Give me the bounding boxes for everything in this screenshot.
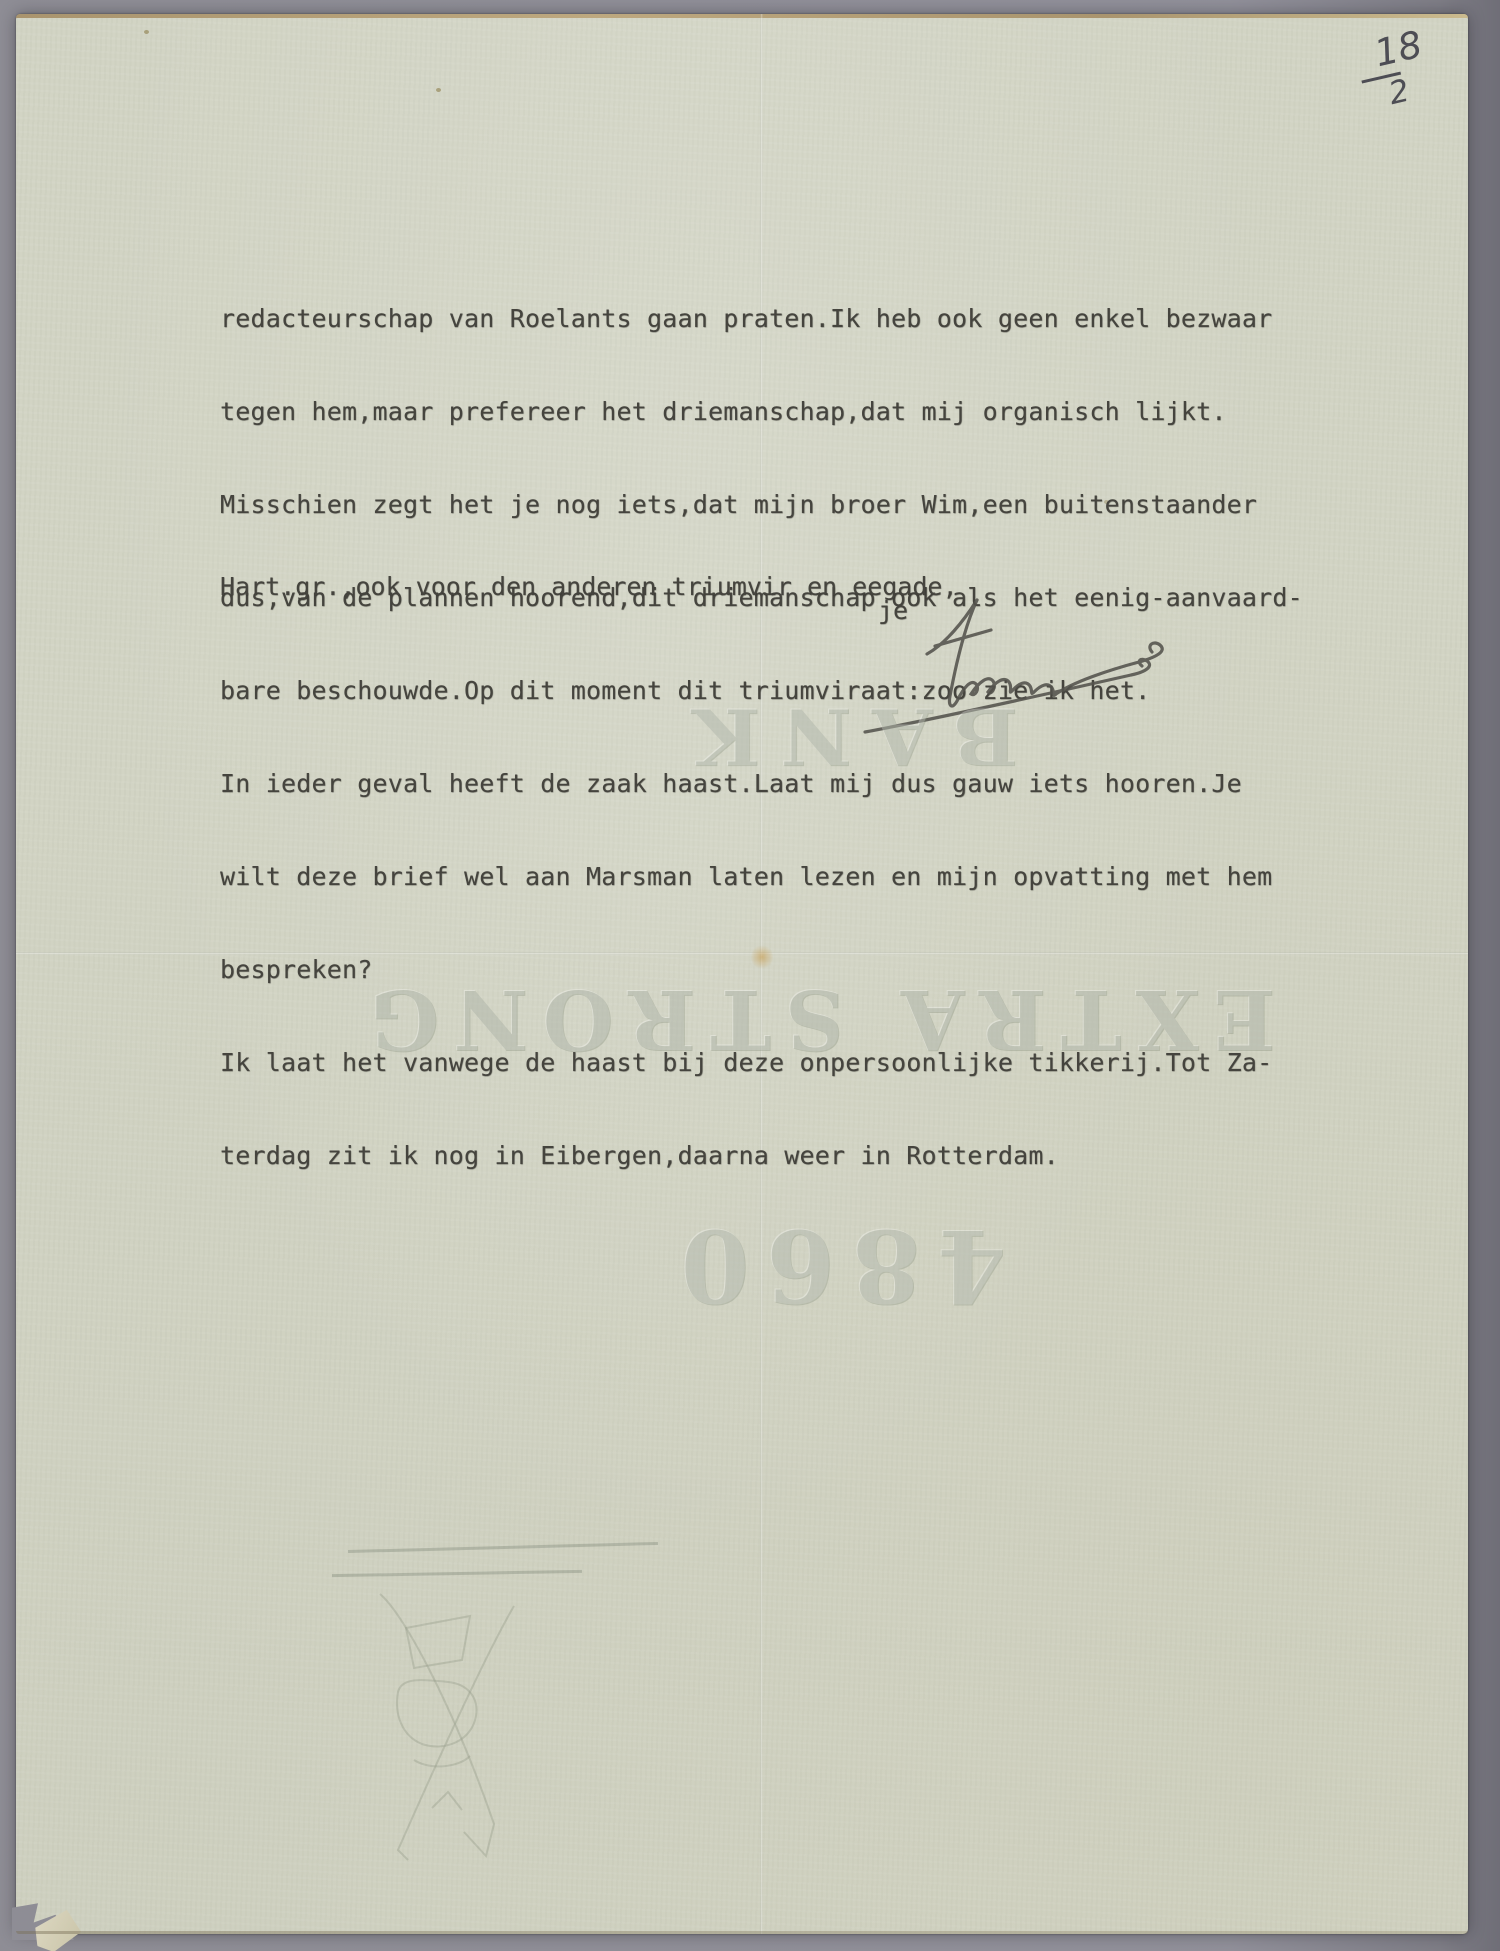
closing-line: Hart.gr.,ook voor den anderen triumvir e… — [220, 572, 958, 601]
body-line: tegen hem,maar prefereer het driemanscha… — [220, 396, 1303, 427]
page-number-denominator: 2 — [1357, 69, 1442, 117]
paper-speck — [436, 88, 441, 92]
body-line: redacteurschap van Roelants gaan praten.… — [220, 303, 1303, 334]
pencil-page-number: 18 2 — [1346, 24, 1441, 117]
paper-speck — [144, 30, 149, 34]
body-line: Misschien zegt het je nog iets,dat mijn … — [220, 489, 1303, 520]
torn-corner-flap — [30, 1908, 85, 1951]
watermark-extra-strong: EXTRA STRONG — [356, 971, 1276, 1067]
paper-sheet: 18 2 redacteurschap van Roelants gaan pr… — [16, 14, 1468, 1934]
watermark-bank: BANK — [673, 691, 1019, 782]
showthrough-line — [348, 1542, 658, 1553]
page-number-numerator: 18 — [1364, 24, 1433, 74]
body-line: wilt deze brief wel aan Marsman laten le… — [220, 861, 1303, 892]
body-line: terdag zit ik nog in Eibergen,daarna wee… — [220, 1140, 1303, 1171]
showthrough-crest-sketch — [336, 1564, 566, 1884]
scanned-letter-page: 18 2 redacteurschap van Roelants gaan pr… — [0, 0, 1500, 1951]
watermark-4860: 4860 — [665, 1207, 1007, 1325]
